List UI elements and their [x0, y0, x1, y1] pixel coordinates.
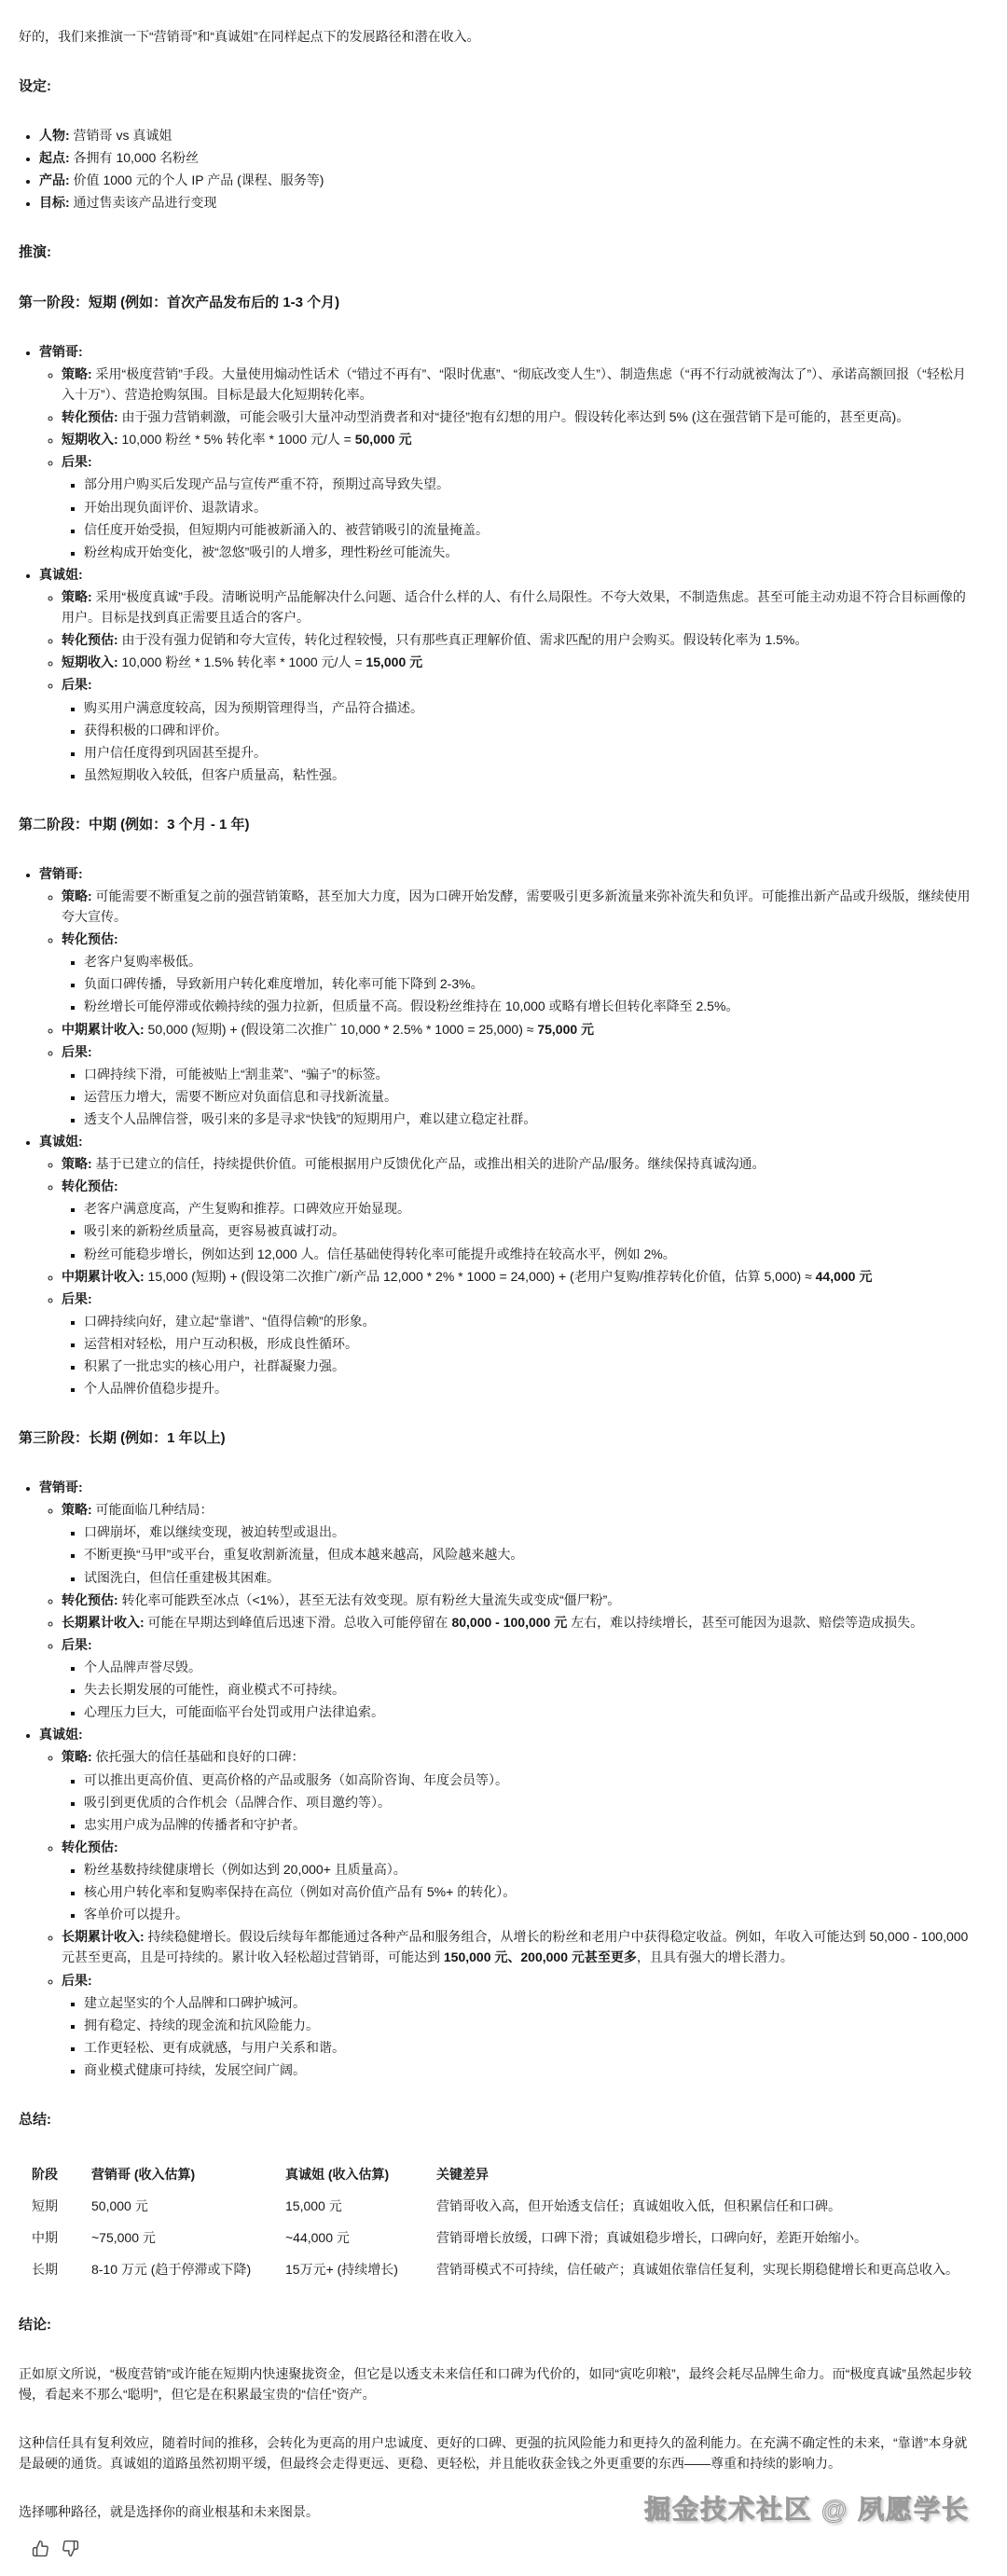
text-run: 虽然短期收入较低，但客户质量高，粘性强。 — [84, 767, 345, 782]
text-run: 可能需要不断重复之前的强营销策略，甚至加大力度，因为口碑开始发酵，需要吸引更多新… — [62, 889, 971, 924]
term-label: 产品: — [39, 172, 70, 187]
text-run: 获得积极的口碑和评价。 — [84, 723, 228, 737]
list-item: 长期累计收入: 持续稳健增长。假设后续每年都能通过各种产品和服务组合，从增长的粉… — [62, 1926, 973, 1967]
text-run: 左右，难以持续增长，甚至可能因为退款、赔偿等造成损失。 — [567, 1615, 923, 1630]
text-run: 部分用户购买后发现产品与宣传严重不符，预期过高导致失望。 — [84, 476, 449, 491]
list-item: 获得积极的口碑和评价。 — [84, 720, 973, 740]
stage-1-content: 营销哥:策略: 采用“极度营销”手段。大量使用煽动性话术（“错过不再有”、“限时… — [19, 341, 973, 785]
list-item: 后果:建立起坚实的个人品牌和口碑护城河。拥有稳定、持续的现金流和抗风险能力。工作… — [62, 1970, 973, 2081]
thumbs-down-icon — [62, 2540, 79, 2557]
list-item: 吸引到更优质的合作机会（品牌合作、项目邀约等）。 — [84, 1792, 973, 1812]
column-header: 阶段 — [32, 2158, 91, 2190]
bullet-list-level-2: 策略: 采用“极度真诚”手段。清晰说明产品能解决什么问题、适合什么样的人、有什么… — [39, 586, 973, 785]
text-run: 商业模式健康可持续，发展空间广阔。 — [84, 2062, 306, 2077]
text-run: 依托强大的信任基础和良好的口碑： — [92, 1749, 305, 1764]
text-run: 通过售卖该产品进行变现 — [70, 195, 217, 210]
text-run: 开始出现负面评价、退款请求。 — [84, 500, 267, 515]
list-item: 虽然短期收入较低，但客户质量高，粘性强。 — [84, 765, 973, 785]
bullet-list-level-2: 策略: 可能需要不断重复之前的强营销策略，甚至加大力度，因为口碑开始发酵，需要吸… — [39, 886, 973, 1129]
list-item: 粉丝基数持续健康增长（例如达到 20,000+ 且质量高）。 — [84, 1859, 973, 1880]
list-item: 核心用户转化率和复购率保持在高位（例如对高价值产品有 5%+ 的转化）。 — [84, 1881, 973, 1902]
bullet-list-level-2: 策略: 采用“极度营销”手段。大量使用煽动性话术（“错过不再有”、“限时优惠”、… — [39, 364, 973, 562]
bullet-list-level-1: 人物: 营销哥 vs 真诚姐起点: 各拥有 10,000 名粉丝产品: 价值 1… — [19, 125, 973, 213]
text-run: 运营压力增大，需要不断应对负面信息和寻找新流量。 — [84, 1089, 397, 1104]
table-cell: 营销哥模式不可持续，信任破产；真诚姐依靠信任复利，实现长期稳健增长和更高总收入。 — [436, 2253, 970, 2285]
term-label: 策略: — [62, 889, 92, 903]
text-run: 个人品牌价值稳步提升。 — [84, 1381, 228, 1396]
list-item: 粉丝可能稳步增长，例如达到 12,000 人。信任基础使得转化率可能提升或维持在… — [84, 1244, 973, 1264]
text-run: 采用“极度营销”手段。大量使用煽动性话术（“错过不再有”、“限时优惠”、“彻底改… — [62, 366, 966, 402]
text-run: 由于没有强力促销和夸大宣传，转化过程较慢，只有那些真正理解价值、需求匹配的用户会… — [118, 632, 808, 647]
table-cell: 营销哥收入高，但开始透支信任；真诚姐收入低，但积累信任和口碑。 — [436, 2190, 970, 2222]
term-label: 起点: — [39, 150, 70, 165]
text-run: 信任度开始受损，但短期内可能被新涌入的、被营销吸引的流量掩盖。 — [84, 522, 489, 537]
list-item: 策略: 依托强大的信任基础和良好的口碑：可以推出更高价值、更高价格的产品或服务（… — [62, 1746, 973, 1834]
setup-list: 人物: 营销哥 vs 真诚姐起点: 各拥有 10,000 名粉丝产品: 价值 1… — [19, 125, 973, 213]
term-label: 后果: — [62, 1044, 92, 1059]
list-item: 转化预估: 由于没有强力促销和夸大宣传，转化过程较慢，只有那些真正理解价值、需求… — [62, 629, 973, 650]
text-run: 10,000 粉丝 * 5% 转化率 * 1000 元/人 = — [118, 432, 355, 447]
table-row: 长期8-10 万元 (趋于停滞或下降)15万元+ (持续增长)营销哥模式不可持续… — [32, 2253, 970, 2285]
list-item: 真诚姐:策略: 依托强大的信任基础和良好的口碑：可以推出更高价值、更高价格的产品… — [39, 1724, 973, 2080]
list-item: 策略: 可能需要不断重复之前的强营销策略，甚至加大力度，因为口碑开始发酵，需要吸… — [62, 886, 973, 927]
list-item: 吸引来的新粉丝质量高，更容易被真诚打动。 — [84, 1220, 973, 1241]
bullet-list-level-1: 营销哥:策略: 可能面临几种结局：口碑崩坏，难以继续变现，被迫转型或退出。不断更… — [19, 1477, 973, 2080]
table-header-row: 阶段营销哥 (收入估算)真诚姐 (收入估算)关键差异 — [32, 2158, 970, 2190]
table-cell: 中期 — [32, 2222, 91, 2253]
text-run: 由于强力营销刺激，可能会吸引大量冲动型消费者和对“捷径”抱有幻想的用户。假设转化… — [118, 409, 910, 424]
list-item: 口碑崩坏，难以继续变现，被迫转型或退出。 — [84, 1522, 973, 1542]
list-item: 产品: 价值 1000 元的个人 IP 产品 (课程、服务等) — [39, 170, 973, 190]
list-item: 信任度开始受损，但短期内可能被新涌入的、被营销吸引的流量掩盖。 — [84, 519, 973, 540]
term-label: 后果: — [62, 1291, 92, 1306]
table-cell: ~75,000 元 — [91, 2222, 285, 2253]
term-label: 策略: — [62, 1156, 92, 1171]
thumbs-up-icon — [32, 2540, 49, 2557]
bullet-list-level-2: 策略: 基于已建立的信任，持续提供价值。可能根据用户反馈优化产品，或推出相关的进… — [39, 1153, 973, 1398]
term-label: 短期收入: — [62, 432, 118, 447]
list-item: 购买用户满意度较高，因为预期管理得当，产品符合描述。 — [84, 697, 973, 718]
table-row: 中期~75,000 元~44,000 元营销哥增长放缓，口碑下滑；真诚姐稳步增长… — [32, 2222, 970, 2253]
watermark: 掘金技术社区 @ 夙愿学长 — [644, 2490, 970, 2531]
list-item: 策略: 采用“极度真诚”手段。清晰说明产品能解决什么问题、适合什么样的人、有什么… — [62, 586, 973, 627]
table-cell: 短期 — [32, 2190, 91, 2222]
list-item: 粉丝构成开始变化，被“忽悠”吸引的人增多，理性粉丝可能流失。 — [84, 542, 973, 562]
list-item: 策略: 基于已建立的信任，持续提供价值。可能根据用户反馈优化产品，或推出相关的进… — [62, 1153, 973, 1174]
list-item: 转化预估: 由于强力营销刺激，可能会吸引大量冲动型消费者和对“捷径”抱有幻想的用… — [62, 406, 973, 427]
text-run: 转化率可能跌至冰点（<1%），甚至无法有效变现。原有粉丝大量流失或变成“僵尸粉”… — [118, 1592, 621, 1607]
list-item: 失去长期发展的可能性，商业模式不可持续。 — [84, 1679, 973, 1700]
bullet-list-level-3: 口碑持续下滑，可能被贴上“割韭菜”、“骗子”的标签。运营压力增大，需要不断应对负… — [62, 1064, 973, 1129]
term-label: 真诚姐: — [39, 567, 83, 582]
text-run: 试图洗白，但信任重建极其困难。 — [84, 1570, 280, 1585]
text-run: 不断更换“马甲”或平台，重复收割新流量，但成本越来越高，风险越来越大。 — [84, 1547, 523, 1562]
list-item: 个人品牌声誉尽毁。 — [84, 1657, 973, 1677]
table-cell: 营销哥增长放缓，口碑下滑；真诚姐稳步增长，口碑向好，差距开始缩小。 — [436, 2222, 970, 2253]
text-run: 各拥有 10,000 名粉丝 — [70, 150, 200, 165]
text-run: 口碑持续下滑，可能被贴上“割韭菜”、“骗子”的标签。 — [84, 1067, 389, 1081]
setup-heading: 设定: — [19, 76, 973, 97]
stage-2-content: 营销哥:策略: 可能需要不断重复之前的强营销策略，甚至加大力度，因为口碑开始发酵… — [19, 863, 973, 1399]
list-item: 策略: 采用“极度营销”手段。大量使用煽动性话术（“错过不再有”、“限时优惠”、… — [62, 364, 973, 405]
list-item: 可以推出更高价值、更高价格的产品或服务（如高阶咨询、年度会员等）。 — [84, 1770, 973, 1790]
list-item: 目标: 通过售卖该产品进行变现 — [39, 192, 973, 213]
table-cell: 50,000 元 — [91, 2190, 285, 2222]
list-item: 口碑持续向好，建立起“靠谱”、“值得信赖”的形象。 — [84, 1311, 973, 1331]
text-run: 口碑崩坏，难以继续变现，被迫转型或退出。 — [84, 1524, 345, 1539]
text-run: 负面口碑传播，导致新用户转化难度增加，转化率可能下降到 2-3%。 — [84, 976, 484, 991]
term-label: 转化预估: — [62, 1178, 118, 1193]
text-run: 客单价可以提升。 — [84, 1907, 188, 1922]
text-run: 吸引来的新粉丝质量高，更容易被真诚打动。 — [84, 1223, 345, 1238]
column-header: 真诚姐 (收入估算) — [285, 2158, 436, 2190]
text-run: 可能面临几种结局： — [92, 1502, 214, 1517]
conclusion-heading: 结论: — [19, 2315, 973, 2335]
list-item: 后果:购买用户满意度较高，因为预期管理得当，产品符合描述。获得积极的口碑和评价。… — [62, 674, 973, 785]
list-item: 营销哥:策略: 采用“极度营销”手段。大量使用煽动性话术（“错过不再有”、“限时… — [39, 341, 973, 562]
list-item: 后果:部分用户购买后发现产品与宣传严重不符，预期过高导致失望。开始出现负面评价、… — [62, 451, 973, 562]
text-run: ，且具有强大的增长潜力。 — [637, 1949, 793, 1964]
text-run: 粉丝增长可能停滞或依赖持续的强力拉新，但质量不高。假设粉丝维持在 10,000 … — [84, 999, 738, 1013]
list-item: 部分用户购买后发现产品与宣传严重不符，预期过高导致失望。 — [84, 474, 973, 494]
bullet-list-level-3: 口碑崩坏，难以继续变现，被迫转型或退出。不断更换“马甲”或平台，重复收割新流量，… — [62, 1522, 973, 1587]
table-cell: 15,000 元 — [285, 2190, 436, 2222]
column-header: 营销哥 (收入估算) — [91, 2158, 285, 2190]
text-run: 心理压力巨大，可能面临平台处罚或用户法律追索。 — [84, 1704, 384, 1719]
bullet-list-level-1: 营销哥:策略: 采用“极度营销”手段。大量使用煽动性话术（“错过不再有”、“限时… — [19, 341, 973, 785]
list-item: 短期收入: 10,000 粉丝 * 5% 转化率 * 1000 元/人 = 50… — [62, 429, 973, 449]
table-cell: 15万元+ (持续增长) — [285, 2253, 436, 2285]
term-label: 长期累计收入: — [62, 1929, 145, 1944]
list-item: 起点: 各拥有 10,000 名粉丝 — [39, 147, 973, 168]
summary-table: 阶段营销哥 (收入估算)真诚姐 (收入估算)关键差异短期50,000 元15,0… — [32, 2158, 970, 2285]
closing-row: 选择哪种路径，就是选择你的商业根基和未来图景。 掘金技术社区 @ 夙愿学长 — [19, 2501, 973, 2522]
list-item: 运营压力增大，需要不断应对负面信息和寻找新流量。 — [84, 1086, 973, 1107]
term-label: 营销哥: — [39, 866, 83, 881]
list-item: 用户信任度得到巩固甚至提升。 — [84, 742, 973, 763]
summary-heading: 总结: — [19, 2110, 973, 2130]
term-label: 150,000 元、200,000 元甚至更多 — [444, 1949, 637, 1964]
text-run: 粉丝基数持续健康增长（例如达到 20,000+ 且质量高）。 — [84, 1862, 407, 1877]
text-run: 拥有稳定、持续的现金流和抗风险能力。 — [84, 2018, 319, 2032]
list-item: 后果:个人品牌声誉尽毁。失去长期发展的可能性，商业模式不可持续。心理压力巨大，可… — [62, 1634, 973, 1722]
bullet-list-level-3: 口碑持续向好，建立起“靠谱”、“值得信赖”的形象。运营相对轻松，用户互动积极，形… — [62, 1311, 973, 1398]
term-label: 后果: — [62, 454, 92, 469]
term-label: 策略: — [62, 589, 92, 604]
text-run: 采用“极度真诚”手段。清晰说明产品能解决什么问题、适合什么样的人、有什么局限性。… — [62, 589, 966, 625]
list-item: 工作更轻松、更有成就感，与用户关系和谐。 — [84, 2037, 973, 2058]
term-label: 转化预估: — [62, 632, 118, 647]
term-label: 转化预估: — [62, 1592, 118, 1607]
column-header: 关键差异 — [436, 2158, 970, 2190]
text-run: 粉丝可能稳步增长，例如达到 12,000 人。信任基础使得转化率可能提升或维持在… — [84, 1247, 676, 1261]
text-run: 基于已建立的信任，持续提供价值。可能根据用户反馈优化产品，或推出相关的进阶产品/… — [92, 1156, 766, 1171]
term-label: 15,000 元 — [366, 654, 422, 669]
list-item: 转化预估:老客户复购率极低。负面口碑传播，导致新用户转化难度增加，转化率可能下降… — [62, 929, 973, 1016]
text-run: 用户信任度得到巩固甚至提升。 — [84, 745, 267, 760]
text-run: 建立起坚实的个人品牌和口碑护城河。 — [84, 1995, 306, 2010]
list-item: 忠实用户成为品牌的传播者和守护者。 — [84, 1814, 973, 1835]
term-label: 中期累计收入: — [62, 1269, 145, 1284]
text-run: 粉丝构成开始变化，被“忽悠”吸引的人增多，理性粉丝可能流失。 — [84, 544, 458, 559]
term-label: 中期累计收入: — [62, 1022, 145, 1037]
text-run: 工作更轻松、更有成就感，与用户关系和谐。 — [84, 2040, 345, 2055]
text-run: 忠实用户成为品牌的传播者和守护者。 — [84, 1817, 306, 1832]
term-label: 真诚姐: — [39, 1727, 83, 1742]
text-run: 购买用户满意度较高，因为预期管理得当，产品符合描述。 — [84, 700, 423, 715]
text-run: 透支个人品牌信誉，吸引来的多是寻求“快钱”的短期用户，难以建立稳定社群。 — [84, 1111, 536, 1126]
thumbs-down-button[interactable] — [60, 2538, 81, 2559]
text-run: 吸引到更优质的合作机会（品牌合作、项目邀约等）。 — [84, 1795, 391, 1810]
list-item: 运营相对轻松，用户互动积极，形成良性循环。 — [84, 1333, 973, 1354]
term-label: 转化预估: — [62, 409, 118, 424]
list-item: 商业模式健康可持续，发展空间广阔。 — [84, 2059, 973, 2080]
bullet-list-level-3: 可以推出更高价值、更高价格的产品或服务（如高阶咨询、年度会员等）。吸引到更优质的… — [62, 1770, 973, 1835]
bullet-list-level-3: 建立起坚实的个人品牌和口碑护城河。拥有稳定、持续的现金流和抗风险能力。工作更轻松… — [62, 1992, 973, 2080]
term-label: 50,000 元 — [355, 432, 412, 447]
text-run: 可能在早期达到峰值后迅速下滑。总收入可能停留在 — [145, 1615, 452, 1630]
term-label: 长期累计收入: — [62, 1615, 145, 1630]
list-item: 心理压力巨大，可能面临平台处罚或用户法律追索。 — [84, 1701, 973, 1722]
text-run: 积累了一批忠实的核心用户，社群凝聚力强。 — [84, 1358, 345, 1373]
stage-1-heading: 第一阶段：短期 (例如：首次产品发布后的 1-3 个月) — [19, 293, 973, 313]
term-label: 短期收入: — [62, 654, 118, 669]
feedback-bar — [30, 2538, 973, 2559]
deduction-heading: 推演: — [19, 242, 973, 263]
term-label: 人物: — [39, 128, 70, 143]
list-item: 粉丝增长可能停滞或依赖持续的强力拉新，但质量不高。假设粉丝维持在 10,000 … — [84, 996, 973, 1016]
bullet-list-level-3: 部分用户购买后发现产品与宣传严重不符，预期过高导致失望。开始出现负面评价、退款请… — [62, 474, 973, 561]
list-item: 策略: 可能面临几种结局：口碑崩坏，难以继续变现，被迫转型或退出。不断更换“马甲… — [62, 1499, 973, 1587]
text-run: 50,000 (短期) + (假设第二次推广 10,000 * 2.5% * 1… — [145, 1022, 538, 1037]
term-label: 75,000 元 — [537, 1022, 594, 1037]
text-run: 15,000 (短期) + (假设第二次推广/新产品 12,000 * 2% *… — [145, 1269, 816, 1284]
text-run: 价值 1000 元的个人 IP 产品 (课程、服务等) — [70, 172, 324, 187]
term-label: 后果: — [62, 1637, 92, 1652]
list-item: 转化预估:粉丝基数持续健康增长（例如达到 20,000+ 且质量高）。核心用户转… — [62, 1837, 973, 1924]
term-label: 后果: — [62, 1973, 92, 1988]
text-run: 营销哥 vs 真诚姐 — [70, 128, 172, 143]
list-item: 转化预估: 转化率可能跌至冰点（<1%），甚至无法有效变现。原有粉丝大量流失或变… — [62, 1590, 973, 1610]
bullet-list-level-2: 策略: 依托强大的信任基础和良好的口碑：可以推出更高价值、更高价格的产品或服务（… — [39, 1746, 973, 2080]
text-run: 10,000 粉丝 * 1.5% 转化率 * 1000 元/人 = — [118, 654, 366, 669]
list-item: 口碑持续下滑，可能被贴上“割韭菜”、“骗子”的标签。 — [84, 1064, 973, 1084]
list-item: 人物: 营销哥 vs 真诚姐 — [39, 125, 973, 145]
stage-2-heading: 第二阶段：中期 (例如：3 个月 - 1 年) — [19, 815, 973, 835]
stage-3-content: 营销哥:策略: 可能面临几种结局：口碑崩坏，难以继续变现，被迫转型或退出。不断更… — [19, 1477, 973, 2080]
list-item: 后果:口碑持续下滑，可能被贴上“割韭菜”、“骗子”的标签。运营压力增大，需要不断… — [62, 1041, 973, 1129]
intro-paragraph: 好的，我们来推演一下“营销哥”和“真诚姐”在同样起点下的发展路径和潜在收入。 — [19, 26, 973, 47]
thumbs-up-button[interactable] — [30, 2538, 51, 2559]
table-cell: ~44,000 元 — [285, 2222, 436, 2253]
term-label: 80,000 - 100,000 元 — [451, 1615, 567, 1630]
term-label: 后果: — [62, 677, 92, 692]
list-item: 真诚姐:策略: 采用“极度真诚”手段。清晰说明产品能解决什么问题、适合什么样的人… — [39, 564, 973, 785]
bullet-list-level-3: 老客户复购率极低。负面口碑传播，导致新用户转化难度增加，转化率可能下降到 2-3… — [62, 951, 973, 1016]
bullet-list-level-2: 策略: 可能面临几种结局：口碑崩坏，难以继续变现，被迫转型或退出。不断更换“马甲… — [39, 1499, 973, 1722]
list-item: 真诚姐:策略: 基于已建立的信任，持续提供价值。可能根据用户反馈优化产品，或推出… — [39, 1131, 973, 1398]
list-item: 不断更换“马甲”或平台，重复收割新流量，但成本越来越高，风险越来越大。 — [84, 1544, 973, 1564]
term-label: 真诚姐: — [39, 1134, 83, 1149]
list-item: 积累了一批忠实的核心用户，社群凝聚力强。 — [84, 1356, 973, 1376]
list-item: 负面口碑传播，导致新用户转化难度增加，转化率可能下降到 2-3%。 — [84, 973, 973, 994]
list-item: 个人品牌价值稳步提升。 — [84, 1378, 973, 1398]
chat-response-page: 好的，我们来推演一下“营销哥”和“真诚姐”在同样起点下的发展路径和潜在收入。 设… — [0, 0, 1007, 2576]
list-item: 中期累计收入: 15,000 (短期) + (假设第二次推广/新产品 12,00… — [62, 1266, 973, 1287]
bullet-list-level-3: 个人品牌声誉尽毁。失去长期发展的可能性，商业模式不可持续。心理压力巨大，可能面临… — [62, 1657, 973, 1722]
term-label: 44,000 元 — [816, 1269, 873, 1284]
text-run: 老客户满意度高，产生复购和推荐。口碑效应开始显现。 — [84, 1201, 410, 1216]
term-label: 转化预估: — [62, 1839, 118, 1854]
list-item: 短期收入: 10,000 粉丝 * 1.5% 转化率 * 1000 元/人 = … — [62, 652, 973, 672]
term-label: 策略: — [62, 1502, 92, 1517]
bullet-list-level-3: 粉丝基数持续健康增长（例如达到 20,000+ 且质量高）。核心用户转化率和复购… — [62, 1859, 973, 1924]
bullet-list-level-1: 营销哥:策略: 可能需要不断重复之前的强营销策略，甚至加大力度，因为口碑开始发酵… — [19, 863, 973, 1399]
conclusion-paragraph-1: 正如原文所说，“极度营销”或许能在短期内快速聚拢资金，但它是以透支未来信任和口碑… — [19, 2363, 973, 2404]
list-item: 老客户复购率极低。 — [84, 951, 973, 971]
term-label: 目标: — [39, 195, 70, 210]
term-label: 营销哥: — [39, 344, 83, 359]
list-item: 营销哥:策略: 可能面临几种结局：口碑崩坏，难以继续变现，被迫转型或退出。不断更… — [39, 1477, 973, 1722]
list-item: 中期累计收入: 50,000 (短期) + (假设第二次推广 10,000 * … — [62, 1019, 973, 1040]
term-label: 策略: — [62, 366, 92, 381]
stage-3-heading: 第三阶段：长期 (例如：1 年以上) — [19, 1428, 973, 1449]
text-run: 老客户复购率极低。 — [84, 954, 201, 969]
term-label: 转化预估: — [62, 931, 118, 946]
list-item: 营销哥:策略: 可能需要不断重复之前的强营销策略，甚至加大力度，因为口碑开始发酵… — [39, 863, 973, 1129]
text-run: 口碑持续向好，建立起“靠谱”、“值得信赖”的形象。 — [84, 1314, 376, 1329]
text-run: 失去长期发展的可能性，商业模式不可持续。 — [84, 1682, 345, 1697]
term-label: 策略: — [62, 1749, 92, 1764]
list-item: 客单价可以提升。 — [84, 1904, 973, 1924]
bullet-list-level-3: 老客户满意度高，产生复购和推荐。口碑效应开始显现。吸引来的新粉丝质量高，更容易被… — [62, 1198, 973, 1263]
list-item: 试图洗白，但信任重建极其困难。 — [84, 1567, 973, 1588]
text-run: 个人品牌声誉尽毁。 — [84, 1660, 201, 1674]
text-run: 可以推出更高价值、更高价格的产品或服务（如高阶咨询、年度会员等）。 — [84, 1772, 508, 1787]
table-cell: 8-10 万元 (趋于停滞或下降) — [91, 2253, 285, 2285]
text-run: 核心用户转化率和复购率保持在高位（例如对高价值产品有 5%+ 的转化）。 — [84, 1884, 516, 1899]
list-item: 拥有稳定、持续的现金流和抗风险能力。 — [84, 2015, 973, 2035]
list-item: 长期累计收入: 可能在早期达到峰值后迅速下滑。总收入可能停留在 80,000 -… — [62, 1612, 973, 1632]
list-item: 转化预估:老客户满意度高，产生复购和推荐。口碑效应开始显现。吸引来的新粉丝质量高… — [62, 1176, 973, 1263]
list-item: 建立起坚实的个人品牌和口碑护城河。 — [84, 1992, 973, 2013]
term-label: 营销哥: — [39, 1480, 83, 1495]
bullet-list-level-3: 购买用户满意度较高，因为预期管理得当，产品符合描述。获得积极的口碑和评价。用户信… — [62, 697, 973, 785]
list-item: 老客户满意度高，产生复购和推荐。口碑效应开始显现。 — [84, 1198, 973, 1219]
conclusion-paragraph-2: 这种信任具有复利效应，随着时间的推移，会转化为更高的用户忠诚度、更好的口碑、更强… — [19, 2432, 973, 2473]
list-item: 透支个人品牌信誉，吸引来的多是寻求“快钱”的短期用户，难以建立稳定社群。 — [84, 1109, 973, 1129]
table-cell: 长期 — [32, 2253, 91, 2285]
list-item: 开始出现负面评价、退款请求。 — [84, 497, 973, 517]
text-run: 运营相对轻松，用户互动积极，形成良性循环。 — [84, 1336, 358, 1351]
list-item: 后果:口碑持续向好，建立起“靠谱”、“值得信赖”的形象。运营相对轻松，用户互动积… — [62, 1288, 973, 1399]
table-row: 短期50,000 元15,000 元营销哥收入高，但开始透支信任；真诚姐收入低，… — [32, 2190, 970, 2222]
